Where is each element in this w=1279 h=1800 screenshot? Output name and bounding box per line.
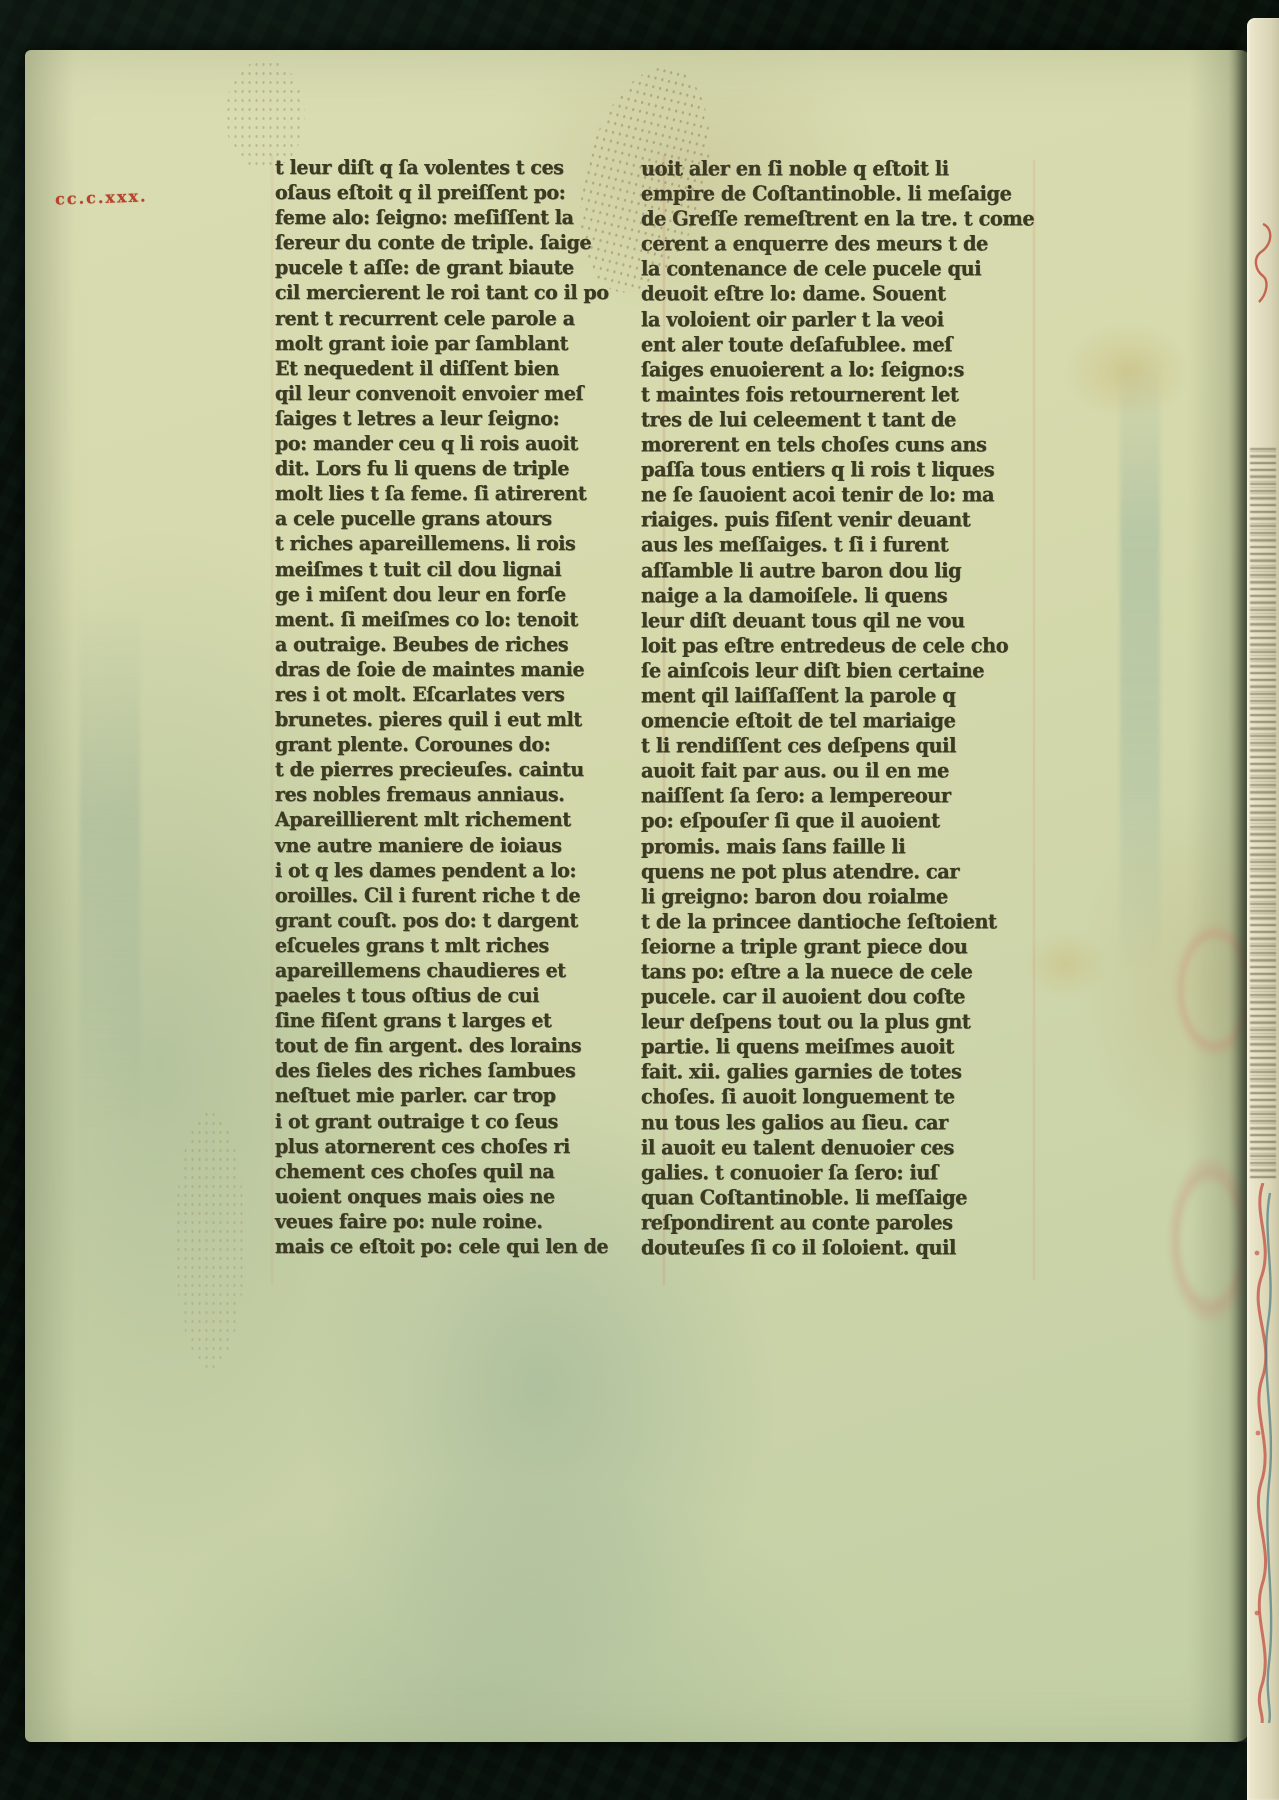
- manuscript-line: morerent en tels choſes cuns ans: [641, 432, 1037, 458]
- ink-speckle-stain: [175, 1110, 245, 1370]
- manuscript-line: la voloient oir parler t la veoi: [641, 306, 1037, 332]
- manuscript-line: choſes. ſi auoit longuement te: [641, 1084, 1037, 1110]
- manuscript-line: aus les meſſaiges. t ſi i furent: [641, 532, 1037, 558]
- manuscript-line: tout de fin argent. des lorains: [275, 1034, 617, 1060]
- manuscript-line: loit pas eſtre entredeus de cele cho: [641, 632, 1037, 658]
- manuscript-line: ent aler toute deſafublee. meſ: [641, 331, 1037, 357]
- manuscript-line: brunetes. pieres quil i eut mlt: [275, 708, 617, 734]
- manuscript-line: ſereur du conte de triple. ſaige: [275, 231, 617, 257]
- manuscript-line: a cele pucelle grans atours: [275, 507, 617, 533]
- manuscript-line: cerent a enquerre des meurs t de: [641, 231, 1037, 257]
- manuscript-line: empire de Coſtantinoble. li meſaige: [641, 181, 1037, 207]
- manuscript-line: il auoit eu talent denuoier ces: [641, 1134, 1037, 1160]
- manuscript-line: vne autre maniere de ioiaus: [275, 833, 617, 859]
- red-initial-glyph: [1249, 218, 1277, 308]
- manuscript-line: partie. li quens meiſmes auoit: [641, 1034, 1037, 1060]
- manuscript-line: ſeiorne a triple grant piece dou: [641, 933, 1037, 959]
- manuscript-line: dit. Lors fu li quens de triple: [275, 457, 617, 483]
- manuscript-line: deuoit eſtre lo: dame. Souent: [641, 281, 1037, 307]
- manuscript-line: molt lies t ſa feme. ſi atirerent: [275, 482, 617, 508]
- manuscript-line: tans po: eſtre a la nuece de cele: [641, 958, 1037, 984]
- manuscript-line: meiſmes t tuit cil dou lignai: [275, 557, 617, 583]
- manuscript-line: veues faire po: nule roine.: [275, 1209, 617, 1235]
- manuscript-line: la contenance de cele pucele qui: [641, 256, 1037, 282]
- manuscript-line: neſtuet mie parler. car trop: [275, 1084, 617, 1110]
- manuscript-line: molt grant ioie par ſamblant: [275, 331, 617, 357]
- manuscript-line: grant couſt. pos do: t dargent: [275, 908, 617, 934]
- manuscript-line: t de la princee dantioche ſeſtoient: [641, 908, 1037, 934]
- manuscript-line: po: mander ceu q li rois auoit: [275, 432, 617, 458]
- fore-edge-flourish: [1248, 1183, 1278, 1723]
- manuscript-line: galies. t conuoier ſa ſero: iuſ: [641, 1159, 1037, 1185]
- manuscript-line: t li rendiſſent ces deſpens quil: [641, 733, 1037, 759]
- manuscript-line: ment. ſi meiſmes co lo: tenoit: [275, 607, 617, 633]
- manuscript-line: promis. mais ſans faille li: [641, 833, 1037, 859]
- manuscript-line: t leur diſt q ſa volentes t ces: [275, 155, 617, 181]
- manuscript-line: i ot grant outraige t co ſeus: [275, 1109, 617, 1135]
- manuscript-line: eſcueles grans t mlt riches: [275, 933, 617, 959]
- manuscript-line: pucele t aſſe: de grant biaute: [275, 256, 617, 282]
- manuscript-photo: { "photo": { "subject": "medieval manusc…: [0, 0, 1279, 1800]
- manuscript-line: uoient onques mais oies ne: [275, 1184, 617, 1210]
- teal-smudge: [1120, 350, 1160, 970]
- manuscript-line: grant plente. Corounes do:: [275, 733, 617, 759]
- fore-edge-red-initial: [1249, 218, 1277, 308]
- manuscript-line: cil mercierent le roi tant co il po: [275, 281, 617, 307]
- manuscript-line: pucele. car il auoient dou coſte: [641, 984, 1037, 1010]
- pen-flourish: [1248, 1183, 1278, 1723]
- manuscript-line: res i ot molt. Eſcarlates vers: [275, 682, 617, 708]
- manuscript-line: auoit fait par aus. ou il en me: [641, 758, 1037, 784]
- manuscript-line: plus atornerent ces choſes ri: [275, 1134, 617, 1160]
- manuscript-line: nu tous les galios au ſieu. car: [641, 1109, 1037, 1135]
- manuscript-line: ment qil laiſſaſſent la parole q: [641, 682, 1037, 708]
- manuscript-line: tres de lui celeement t tant de: [641, 406, 1037, 432]
- manuscript-line: qil leur convenoit envoier meſ: [275, 381, 617, 407]
- manuscript-line: leur deſpens tout ou la plus gnt: [641, 1009, 1037, 1035]
- manuscript-line: omencie eſtoit de tel mariaige: [641, 708, 1037, 734]
- manuscript-line: ſaiges enuoierent a lo: ſeigno:s: [641, 356, 1037, 382]
- manuscript-line: ſaiges t letres a leur ſeigno:: [275, 406, 617, 432]
- manuscript-line: po: eſpouſer ſi que il auoient: [641, 808, 1037, 834]
- manuscript-line: naiſſent ſa ſero: a lempereour: [641, 783, 1037, 809]
- fore-edge-next-folio: [1247, 18, 1279, 1800]
- manuscript-line: fait. xii. galies garnies de totes: [641, 1059, 1037, 1085]
- manuscript-line: a outraige. Beubes de riches: [275, 632, 617, 658]
- manuscript-line: des ſieles des riches ſambues: [275, 1059, 617, 1085]
- parchment-page: cc.c.xxx. t leur diſt q ſa volentes t ce…: [25, 50, 1250, 1742]
- ink-speckle-stain: [225, 60, 305, 170]
- manuscript-line: paeles t tous oſtius de cui: [275, 984, 617, 1010]
- manuscript-line: apareillemens chaudieres et: [275, 958, 617, 984]
- fore-edge-text-texture: [1250, 448, 1276, 1178]
- manuscript-line: riaiges. puis fiſent venir deuant: [641, 507, 1037, 533]
- manuscript-line: Apareillierent mlt richement: [275, 808, 617, 834]
- manuscript-line: de Greſſe remeſtrent en la tre. t come: [641, 206, 1037, 232]
- manuscript-line: i ot q les dames pendent a lo:: [275, 858, 617, 884]
- manuscript-line: reſpondirent au conte paroles: [641, 1209, 1037, 1235]
- manuscript-line: quan Coſtantinoble. li meſſaige: [641, 1184, 1037, 1210]
- manuscript-line: t riches apareillemens. li rois: [275, 532, 617, 558]
- manuscript-line: feme alo: ſeigno: meſiſſent la: [275, 206, 617, 232]
- manuscript-line: res nobles fremaus anniaus.: [275, 783, 617, 809]
- manuscript-line: quens ne pot plus atendre. car: [641, 858, 1037, 884]
- manuscript-line: ſe ainſcois leur diſt bien certaine: [641, 657, 1037, 683]
- teal-smudge: [80, 610, 140, 1130]
- manuscript-line: aſſamble li autre baron dou lig: [641, 557, 1037, 583]
- manuscript-line: leur diſt deuant tous qil ne vou: [641, 607, 1037, 633]
- manuscript-line: paſſa tous entiers q li rois t liques: [641, 457, 1037, 483]
- manuscript-line: oſaus eſtoit q il preiſſent po:: [275, 181, 617, 207]
- text-column-left: t leur diſt q ſa volentes t cesoſaus eſt…: [275, 156, 617, 1260]
- manuscript-line: uoit aler en ſi noble q eſtoit li: [641, 155, 1037, 181]
- manuscript-line: oroilles. Cil i furent riche t de: [275, 883, 617, 909]
- manuscript-line: ſine fiſent grans t larges et: [275, 1009, 617, 1035]
- manuscript-line: dras de ſoie de maintes manie: [275, 657, 617, 683]
- manuscript-line: chement ces choſes quil na: [275, 1159, 617, 1185]
- manuscript-line: mais ce eſtoit po: cele qui len de: [275, 1235, 617, 1261]
- pink-ruling-line: [271, 155, 273, 1285]
- manuscript-line: Et nequedent il diſſent bien: [275, 356, 617, 382]
- manuscript-line: t de pierres precieuſes. caintu: [275, 758, 617, 784]
- manuscript-line: ge i miſent dou leur en forſe: [275, 582, 617, 608]
- manuscript-line: rent t recurrent cele parole a: [275, 306, 617, 332]
- chapter-number-marginal: cc.c.xxx.: [55, 186, 148, 208]
- text-column-right: uoit aler en ſi noble q eſtoit liempire …: [641, 156, 1037, 1260]
- manuscript-line: naige a la damoiſele. li quens: [641, 582, 1037, 608]
- manuscript-line: douteuſes ſi co il ſoloient. quil: [641, 1235, 1037, 1261]
- manuscript-line: t maintes fois retournerent let: [641, 381, 1037, 407]
- manuscript-line: li greigno: baron dou roialme: [641, 883, 1037, 909]
- manuscript-line: ne ſe ſauoient acoi tenir de lo: ma: [641, 482, 1037, 508]
